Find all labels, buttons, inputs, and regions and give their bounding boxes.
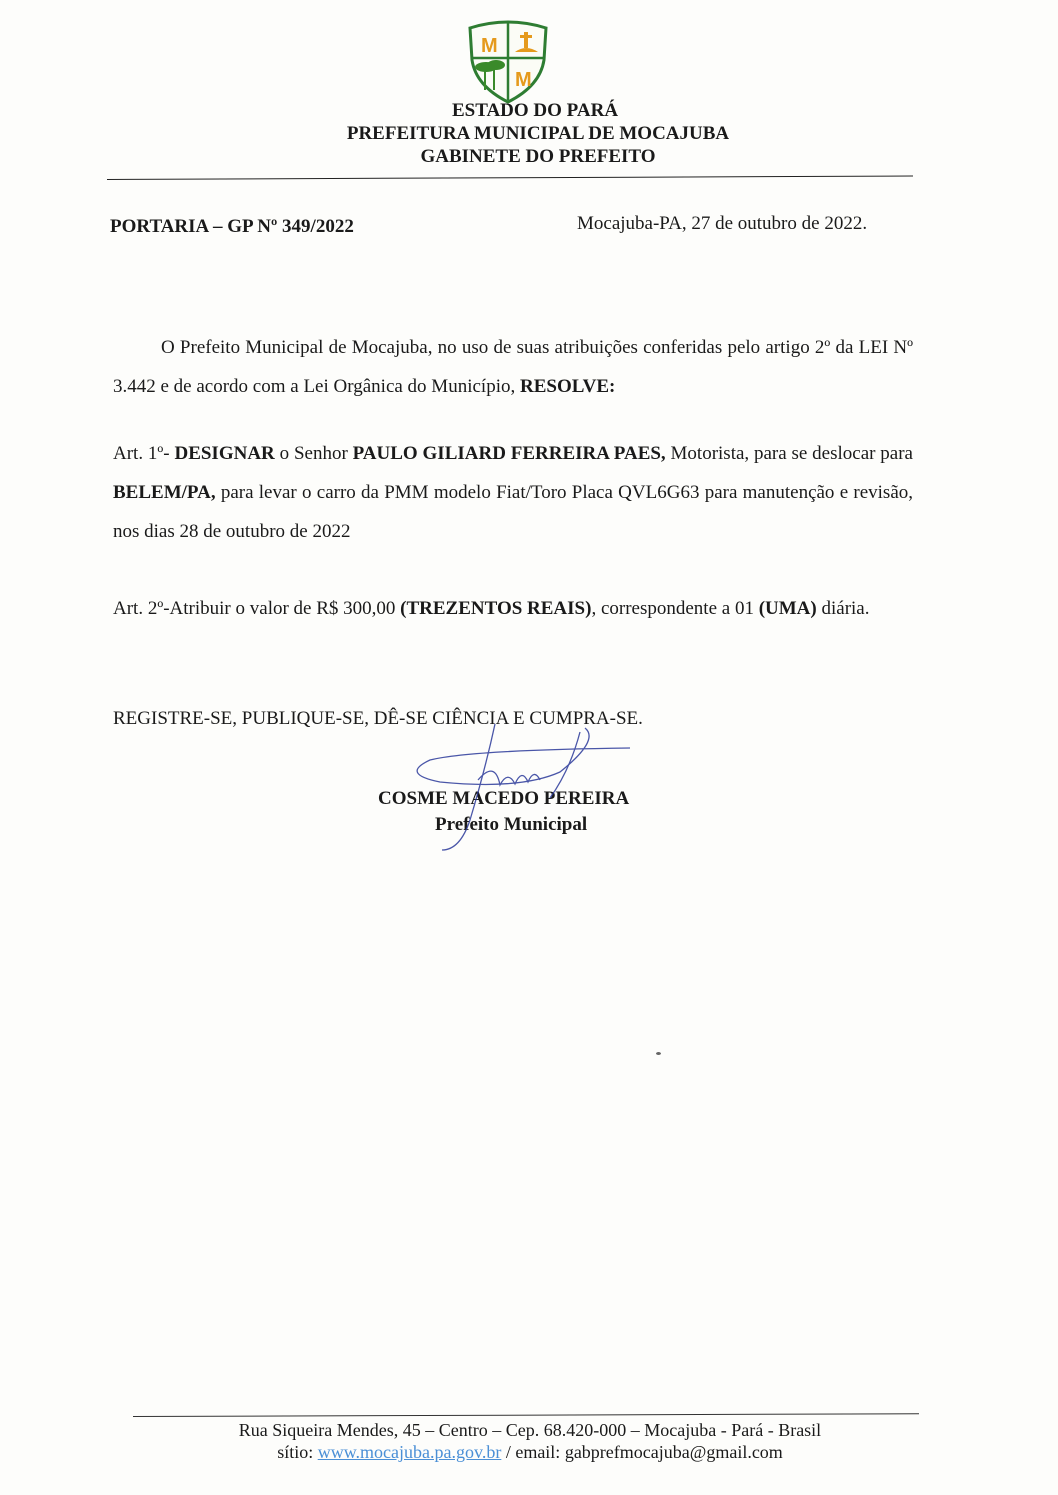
place-date: Mocajuba-PA, 27 de outubro de 2022. xyxy=(577,213,867,235)
svg-text:M: M xyxy=(481,35,498,57)
scan-speck xyxy=(656,1052,661,1055)
footer-address: Rua Siqueira Mendes, 45 – Centro – Cep. … xyxy=(130,1419,930,1441)
article-1: Art. 1º- DESIGNAR o Senhor PAULO GILIARD… xyxy=(113,434,913,551)
svg-text:M: M xyxy=(515,69,532,91)
footer-divider xyxy=(133,1413,919,1417)
footer-contact: sítio: www.mocajuba.pa.gov.br / email: g… xyxy=(130,1441,930,1463)
email-address: gabprefmocajuba@gmail.com xyxy=(565,1442,783,1462)
signatory-name: COSME MACEDO PEREIRA xyxy=(378,788,629,810)
designee-name: PAULO GILIARD FERREIRA PAES, xyxy=(353,443,666,464)
header-state: ESTADO DO PARÁ xyxy=(6,99,1058,122)
signatory-role: Prefeito Municipal xyxy=(435,814,587,836)
header-office: GABINETE DO PREFEITO xyxy=(9,145,1058,168)
header-divider xyxy=(107,175,913,180)
municipal-coat-of-arms-icon: M M xyxy=(466,20,550,104)
header-city-hall: PREFEITURA MUNICIPAL DE MOCAJUBA xyxy=(9,122,1058,145)
intro-paragraph: O Prefeito Municipal de Mocajuba, no uso… xyxy=(113,328,913,406)
portaria-number: PORTARIA – GP Nº 349/2022 xyxy=(110,216,354,238)
destination: BELEM/PA, xyxy=(113,482,216,503)
closing-formula: REGISTRE-SE, PUBLIQUE-SE, DÊ-SE CIÊNCIA … xyxy=(113,699,913,738)
website-link[interactable]: www.mocajuba.pa.gov.br xyxy=(318,1442,502,1462)
article-2: Art. 2º-Atribuir o valor de R$ 300,00 (T… xyxy=(113,589,913,628)
